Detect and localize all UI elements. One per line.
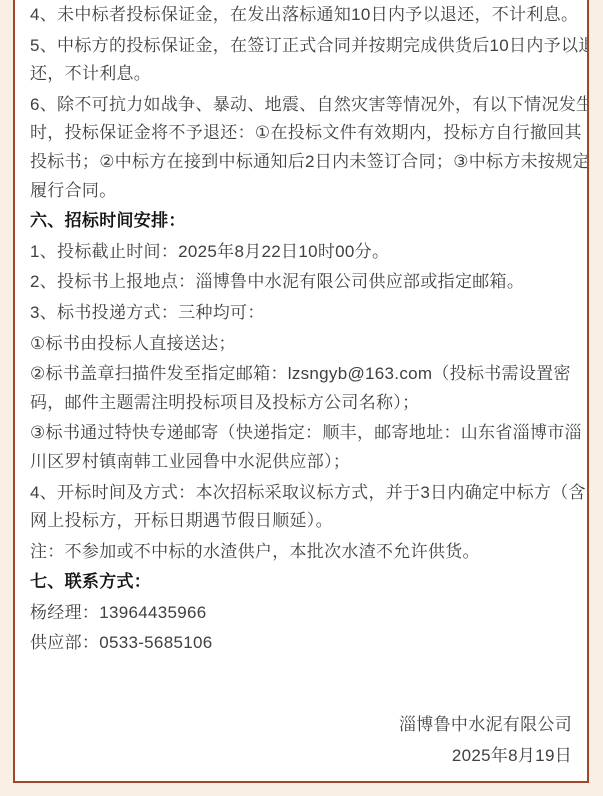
text-line: 1、投标截止时间：2025年8月22日10时00分。 bbox=[30, 238, 572, 267]
paragraph: 1、投标截止时间：2025年8月22日10时00分。 bbox=[30, 238, 572, 267]
text-line: 时，投标保证金将不予退还：①在投标文件有效期内，投标方自行撤回其 bbox=[30, 119, 572, 148]
paragraph: 杨经理：13964435966 bbox=[30, 599, 572, 628]
paragraph: 4、开标时间及方式：本次招标采取议标方式，并于3日内确定中标方（含网上投标方，开… bbox=[30, 479, 572, 536]
paragraph: 6、除不可抗力如战争、暴动、地震、自然灾害等情况外，有以下情况发生时，投标保证金… bbox=[30, 91, 572, 205]
paragraph: 注：不参加或不中标的水渣供户，本批次水渣不允许供货。 bbox=[30, 538, 572, 567]
text-line: 杨经理：13964435966 bbox=[30, 599, 572, 628]
text-line: 六、招标时间安排： bbox=[30, 207, 572, 236]
paragraph: ②标书盖章扫描件发至指定邮箱：lzsngyb@163.com（投标书需设置密码，… bbox=[30, 360, 572, 417]
paragraph: 3、标书投递方式：三种均可： bbox=[30, 299, 572, 328]
text-line: 投标书；②中标方在接到中标通知后2日内未签订合同；③中标方未按规定 bbox=[30, 148, 572, 177]
text-line: 七、联系方式： bbox=[30, 568, 572, 597]
text-line: 4、未中标者投标保证金，在发出落标通知10日内予以退还，不计利息。 bbox=[30, 1, 572, 30]
text-line: ①标书由投标人直接送达； bbox=[30, 330, 572, 359]
signature-block: 淄博鲁中水泥有限公司 2025年8月19日 bbox=[30, 711, 572, 770]
text-line: 履行合同。 bbox=[30, 177, 572, 206]
paragraph: 5、中标方的投标保证金，在签订正式合同并按期完成供货后10日内予以退还，不计利息… bbox=[30, 32, 572, 89]
text-line: 注：不参加或不中标的水渣供户，本批次水渣不允许供货。 bbox=[30, 538, 572, 567]
text-line: 还，不计利息。 bbox=[30, 60, 572, 89]
signature-company: 淄博鲁中水泥有限公司 bbox=[30, 711, 572, 740]
text-line: 6、除不可抗力如战争、暴动、地震、自然灾害等情况外，有以下情况发生 bbox=[30, 91, 572, 120]
text-line: 3、标书投递方式：三种均可： bbox=[30, 299, 572, 328]
section-heading: 七、联系方式： bbox=[30, 568, 572, 597]
text-line: 网上投标方，开标日期遇节假日顺延）。 bbox=[30, 507, 572, 536]
text-line: 供应部：0533-5685106 bbox=[30, 629, 572, 658]
text-line: 5、中标方的投标保证金，在签订正式合同并按期完成供货后10日内予以退 bbox=[30, 32, 572, 61]
paragraph: 供应部：0533-5685106 bbox=[30, 629, 572, 658]
signature-date: 2025年8月19日 bbox=[30, 742, 572, 771]
text-line: ③标书通过特快专递邮寄（快递指定：顺丰，邮寄地址：山东省淄博市淄 bbox=[30, 419, 572, 448]
text-line: 4、开标时间及方式：本次招标采取议标方式，并于3日内确定中标方（含 bbox=[30, 479, 572, 508]
text-line: 码，邮件主题需注明投标项目及投标方公司名称）； bbox=[30, 389, 572, 418]
text-line: 川区罗村镇南韩工业园鲁中水泥供应部）； bbox=[30, 448, 572, 477]
paragraph: 2、投标书上报地点：淄博鲁中水泥有限公司供应部或指定邮箱。 bbox=[30, 268, 572, 297]
text-line: 2、投标书上报地点：淄博鲁中水泥有限公司供应部或指定邮箱。 bbox=[30, 268, 572, 297]
paragraph: ③标书通过特快专递邮寄（快递指定：顺丰，邮寄地址：山东省淄博市淄川区罗村镇南韩工… bbox=[30, 419, 572, 476]
document-body: 4、未中标者投标保证金，在发出落标通知10日内予以退还，不计利息。5、中标方的投… bbox=[30, 1, 572, 658]
paragraph: 4、未中标者投标保证金，在发出落标通知10日内予以退还，不计利息。 bbox=[30, 1, 572, 30]
section-heading: 六、招标时间安排： bbox=[30, 207, 572, 236]
text-line: ②标书盖章扫描件发至指定邮箱：lzsngyb@163.com（投标书需设置密 bbox=[30, 360, 572, 389]
document-card: 4、未中标者投标保证金，在发出落标通知10日内予以退还，不计利息。5、中标方的投… bbox=[13, 0, 589, 783]
paragraph: ①标书由投标人直接送达； bbox=[30, 330, 572, 359]
